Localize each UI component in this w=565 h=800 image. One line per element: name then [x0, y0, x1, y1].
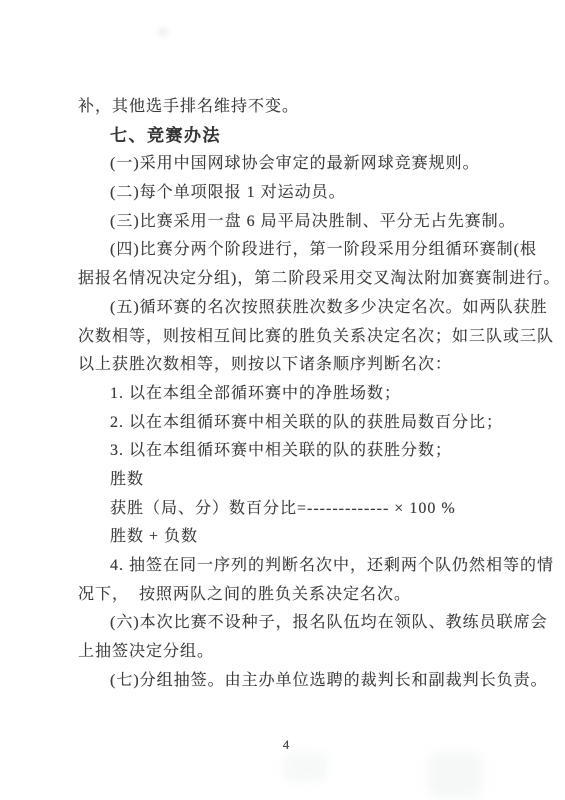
formula-denominator: 胜数 + 负数: [0, 523, 565, 552]
scan-artifact-bottom-right: [428, 752, 482, 798]
formula-expression: 获胜（局、分）数百分比=------------- × 100 %: [0, 495, 565, 524]
section-heading: 七、竞赛办法: [0, 122, 565, 151]
rule-item-4-line2: 据报名情况决定分组)，第二阶段采用交叉淘汰附加赛赛制进行。: [0, 265, 565, 294]
rule-item-5-line1: (五)循环赛的名次按照获胜次数多少决定名次。如两队获胜: [0, 294, 565, 323]
scan-artifact-top: [158, 28, 168, 36]
rule-item-6-line1: (六)本次比赛不设种子，报名队伍均在领队、教练员联席会: [0, 609, 565, 638]
rule-item-5-line3: 以上获胜次数相等，则按以下诸条顺序判断名次：: [0, 351, 565, 380]
ranking-criterion-4-line2: 况下， 按照两队之间的胜负关系决定名次。: [0, 581, 565, 610]
page-number: 4: [276, 737, 296, 753]
rule-item-3: (三)比赛采用一盘 6 局平局决胜制、平分无占先赛制。: [0, 208, 565, 237]
document-text-block: 补，其他选手排名维持不变。 七、竞赛办法 (一)采用中国网球协会审定的最新网球竞…: [0, 93, 565, 695]
scan-artifact-bottom-left: [283, 752, 327, 782]
rule-item-2: (二)每个单项限报 1 对运动员。: [0, 179, 565, 208]
paragraph-continuation: 补，其他选手排名维持不变。: [0, 93, 565, 122]
ranking-criterion-3: 3. 以在本组循环赛中相关联的队的获胜分数；: [0, 437, 565, 466]
ranking-criterion-1: 1. 以在本组全部循环赛中的净胜场数；: [0, 380, 565, 409]
rule-item-5-line2: 次数相等，则按相互间比赛的胜负关系决定名次；如三队或三队: [0, 323, 565, 352]
rule-item-1: (一)采用中国网球协会审定的最新网球竞赛规则。: [0, 150, 565, 179]
rule-item-7: (七)分组抽签。由主办单位选聘的裁判长和副裁判长负责。: [0, 667, 565, 696]
formula-numerator: 胜数: [0, 466, 565, 495]
scanned-document-page: 补，其他选手排名维持不变。 七、竞赛办法 (一)采用中国网球协会审定的最新网球竞…: [0, 0, 565, 800]
rule-item-4-line1: (四)比赛分两个阶段进行，第一阶段采用分组循环赛制(根: [0, 236, 565, 265]
ranking-criterion-4-line1: 4. 抽签在同一序列的判断名次中，还剩两个队仍然相等的情: [0, 552, 565, 581]
rule-item-6-line2: 上抽签决定分组。: [0, 638, 565, 667]
ranking-criterion-2: 2. 以在本组循环赛中相关联的队的获胜局数百分比；: [0, 409, 565, 438]
